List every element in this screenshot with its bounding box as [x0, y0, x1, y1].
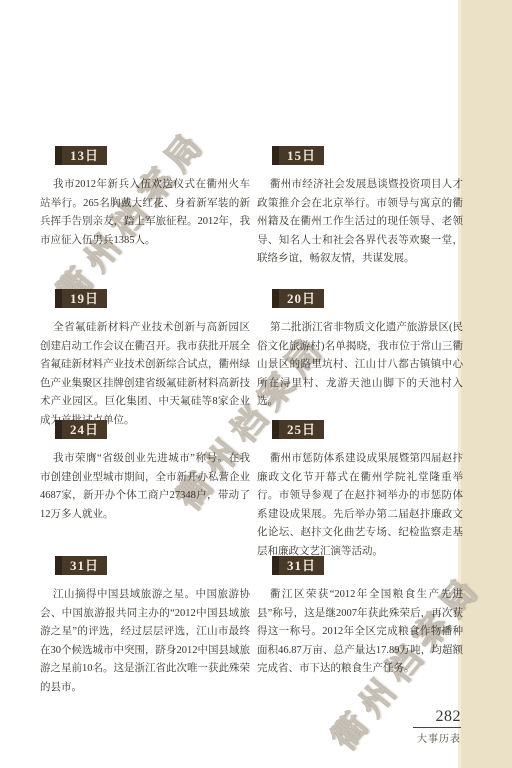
footer-rule	[413, 727, 461, 728]
date-label: 31日	[70, 558, 99, 573]
event-text: 衢江区荣获“2012年全国粮食生产先进县”称号，这是继2007年获此殊荣后，再次…	[257, 586, 463, 679]
event-entry-19: 19日 全省氟硅新材料产业技术创新与高新园区创建启动工作会议在衢召开。我市获批开…	[40, 289, 250, 430]
date-label: 31日	[287, 558, 316, 573]
event-text: 我市荣膺“省级创业先进城市”称号。在我市创建创业型城市期间，全市新开办私营企业4…	[40, 450, 250, 524]
page-edge-strip	[458, 0, 512, 768]
event-entry-13: 13日 我市2012年新兵入伍欢送仪式在衢州火车站举行。265名胸戴大红花、身着…	[40, 146, 250, 250]
document-page: 衢州档案局 衢州档案局 衢州档案局 13日 我市2012年新兵入伍欢送仪式在衢州…	[0, 0, 512, 768]
event-text: 全省氟硅新材料产业技术创新与高新园区创建启动工作会议在衢召开。我市获批开展全省氟…	[40, 319, 250, 430]
event-entry-20: 20日 第二批浙江省非物质文化遗产旅游景区(民俗文化旅游村)名单揭晓，我市位于常…	[257, 289, 463, 412]
footer-section-label: 大事历表	[403, 730, 461, 745]
date-badge: 13日	[55, 146, 107, 165]
date-label: 20日	[287, 291, 316, 306]
date-label: 13日	[70, 148, 99, 163]
date-badge: 31日	[55, 556, 107, 575]
event-entry-25: 25日 衢州市惩防体系建设成果展暨第四届赵抃廉政文化节开幕式在衢州学院礼堂隆重举…	[257, 420, 463, 561]
page-number: 282	[403, 708, 461, 726]
date-badge: 19日	[55, 289, 107, 308]
page-footer: 282 大事历表	[403, 708, 461, 745]
date-label: 19日	[70, 291, 99, 306]
event-text: 衢州市惩防体系建设成果展暨第四届赵抃廉政文化节开幕式在衢州学院礼堂隆重举行。市领…	[257, 450, 463, 561]
event-entry-15: 15日 衢州市经济社会发展恳谈暨投资项目人才政策推介会在北京举行。市领导与寓京的…	[257, 146, 463, 269]
event-text: 我市2012年新兵入伍欢送仪式在衢州火车站举行。265名胸戴大红花、身着新军装的…	[40, 176, 250, 250]
date-label: 25日	[287, 422, 316, 437]
event-entry-31-left: 31日 江山摘得中国县域旅游之星。中国旅游协会、中国旅游报共同主办的“2012中…	[40, 556, 250, 697]
event-entry-24: 24日 我市荣膺“省级创业先进城市”称号。在我市创建创业型城市期间，全市新开办私…	[40, 420, 250, 524]
date-badge: 15日	[272, 146, 324, 165]
date-badge: 24日	[55, 420, 107, 439]
date-label: 24日	[70, 422, 99, 437]
date-badge: 20日	[272, 289, 324, 308]
date-badge: 25日	[272, 420, 324, 439]
event-text: 衢州市经济社会发展恳谈暨投资项目人才政策推介会在北京举行。市领导与寓京的衢州籍及…	[257, 176, 463, 269]
event-text: 第二批浙江省非物质文化遗产旅游景区(民俗文化旅游村)名单揭晓，我市位于常山三衢山…	[257, 319, 463, 412]
event-text: 江山摘得中国县域旅游之星。中国旅游协会、中国旅游报共同主办的“2012中国县域旅…	[40, 586, 250, 697]
event-entry-31-right: 31日 衢江区荣获“2012年全国粮食生产先进县”称号，这是继2007年获此殊荣…	[257, 556, 463, 679]
date-badge: 31日	[272, 556, 324, 575]
date-label: 15日	[287, 148, 316, 163]
